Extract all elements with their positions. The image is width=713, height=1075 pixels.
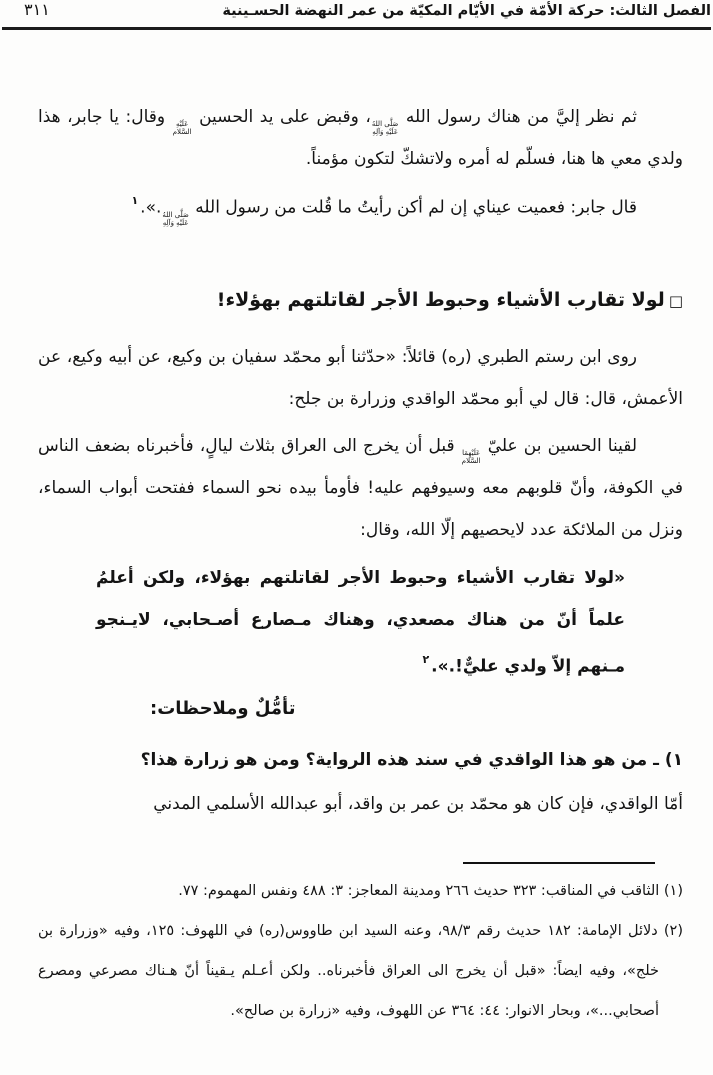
page-header: الفصل الثالث: حركة الأمّة في الأيّام الم…	[0, 0, 713, 27]
square-bullet-icon: □	[669, 280, 683, 322]
honorific-alayh-icon: عَلَيْهِ السَّلام	[173, 120, 192, 136]
honorific-line: السَّلام	[462, 457, 481, 465]
paragraph-meeting-husayn: لقينا الحسين بن عليّ عَلَيْهِمَا السَّلا…	[38, 425, 683, 551]
paragraph-text: قال جابر: فعميت عيناي إن لم أكن رأيتُ ما…	[195, 198, 637, 218]
paragraph-text: ، وقبض على يد الحسين	[199, 107, 371, 127]
book-page: الفصل الثالث: حركة الأمّة في الأيّام الم…	[0, 0, 713, 1075]
note-answer: أمّا الواقدي، فإن كان هو محمّد بن عمر بن…	[38, 783, 683, 825]
footnote-divider	[463, 862, 655, 864]
honorific-line: السَّلام	[173, 128, 192, 136]
quote-text: «لولا تقارب الأشياء وحبوط الأجر لقاتلتهم…	[96, 568, 625, 677]
chapter-title: الفصل الثالث: حركة الأمّة في الأيّام الم…	[222, 3, 711, 19]
note-question: ١) ـ من هو هذا الواقدي في سند هذه الرواي…	[38, 739, 683, 781]
honorific-line: عَلَيْهِ وَآلِهِ	[372, 128, 398, 136]
paragraph-text: لقينا الحسين بن عليّ	[488, 436, 637, 456]
footnote-reference-1: ١	[131, 194, 138, 207]
paragraph-text: .».	[140, 198, 161, 218]
page-number: ٣١١	[24, 0, 78, 19]
footnotes-section: (١) الثاقب في المناقب: ٣٢٣ حديث ٢٦٦ ومدي…	[38, 871, 683, 1031]
section-title: لولا تقارب الأشياء وحبوط الأجر لقاتلتهم …	[217, 279, 665, 321]
paragraph-text: روى ابن رستم الطبري (ره) قائلاً: «حدّثنا…	[38, 347, 683, 409]
honorific-line: عَلَيْهِ	[176, 120, 188, 128]
paragraph-jabir-narration: ثم نظر إليَّ من هناك رسول الله صَلَّى ال…	[38, 96, 683, 180]
honorific-salla-icon: صَلَّى اللهُ عَلَيْهِ وَآلِهِ	[372, 120, 398, 136]
paragraph-text: ثم نظر إليَّ من هناك رسول الله	[406, 107, 637, 127]
husayn-quote-block: «لولا تقارب الأشياء وحبوط الأجر لقاتلتهم…	[96, 557, 625, 688]
section-heading: □ لولا تقارب الأشياء وحبوط الأجر لقاتلته…	[38, 279, 683, 321]
page-body: ثم نظر إليَّ من هناك رسول الله صَلَّى ال…	[0, 30, 713, 1031]
notes-heading: تأمُّلٌ وملاحظات:	[150, 688, 683, 730]
honorific-alayhima-icon: عَلَيْهِمَا السَّلام	[462, 449, 481, 465]
honorific-line: صَلَّى اللهُ	[372, 120, 398, 128]
paragraph-isnad: روى ابن رستم الطبري (ره) قائلاً: «حدّثنا…	[38, 336, 683, 420]
honorific-line: عَلَيْهِ وَآلِهِ	[163, 219, 189, 227]
honorific-salla-icon: صَلَّى اللهُ عَلَيْهِ وَآلِهِ	[162, 211, 188, 227]
honorific-line: صَلَّى اللهُ	[162, 211, 188, 219]
footnote-2: (٢) دلائل الإمامة: ١٨٢ حديث رقم ٩٨/٣، وع…	[38, 911, 683, 1031]
paragraph-jabir-saying: قال جابر: فعميت عيناي إن لم أكن رأيتُ ما…	[38, 182, 683, 229]
footnote-reference-2: ٢	[422, 653, 429, 666]
honorific-line: عَلَيْهِمَا	[462, 449, 480, 457]
footnote-1: (١) الثاقب في المناقب: ٣٢٣ حديث ٢٦٦ ومدي…	[38, 871, 683, 911]
